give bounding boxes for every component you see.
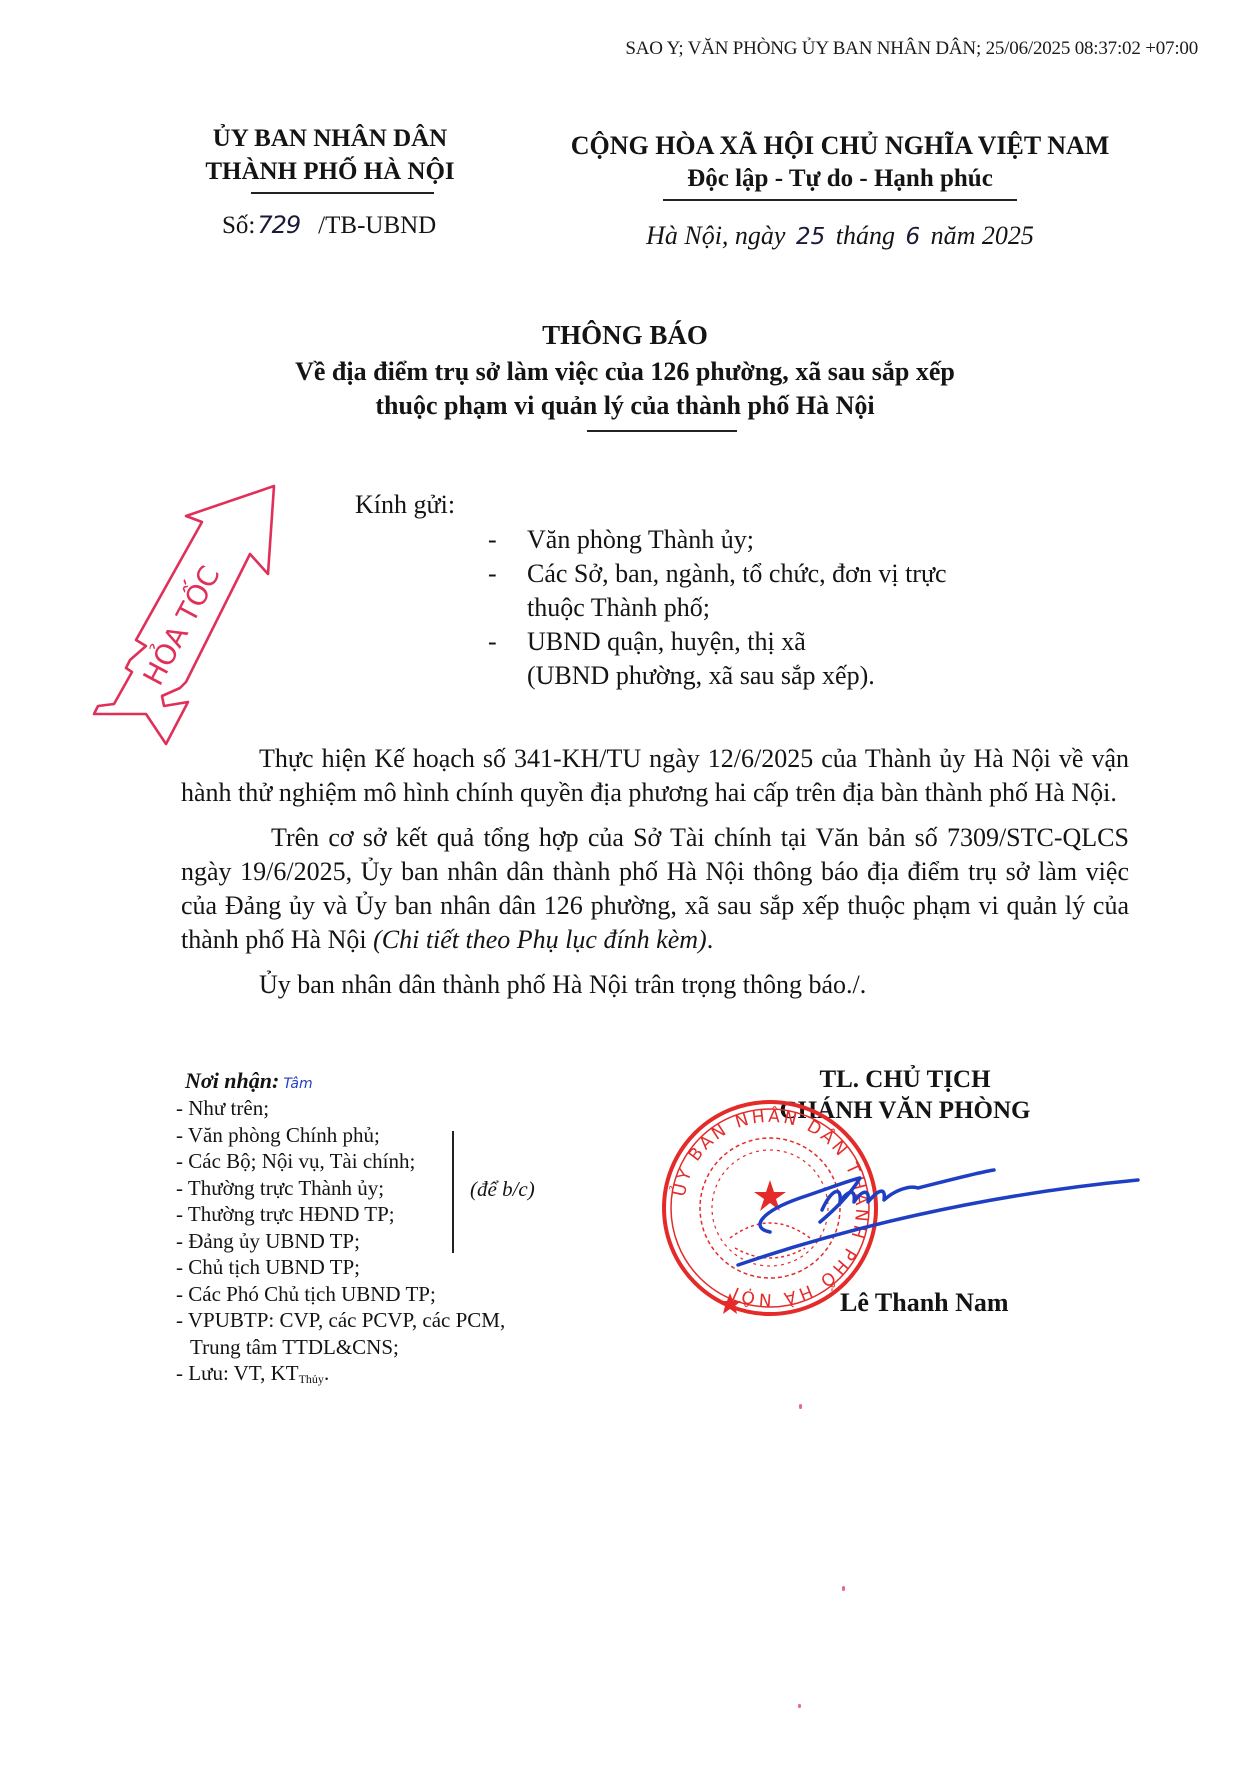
- scan-speck: [798, 1704, 801, 1708]
- recipients-heading: Nơi nhận:Tâm: [185, 1068, 313, 1094]
- addressee-text: Các Sở, ban, ngành, tổ chức, đơn vị trực…: [527, 559, 947, 622]
- addressee-text: Văn phòng Thành ủy;: [527, 525, 754, 554]
- report-note: (để b/c): [470, 1177, 535, 1202]
- org-underline: [251, 192, 434, 194]
- national-motto: Độc lập - Tự do - Hạnh phúc: [540, 162, 1140, 195]
- addressee-item: -Các Sở, ban, ngành, tổ chức, đơn vị trự…: [482, 557, 967, 625]
- subject-line-2: thuộc phạm vi quản lý của thành phố Hà N…: [0, 389, 1250, 423]
- report-bracket-line: [452, 1131, 454, 1253]
- addressee-list: -Văn phòng Thành ủy; -Các Sở, ban, ngành…: [482, 523, 967, 693]
- recipient-item: - Chủ tịch UBND TP;: [176, 1254, 505, 1281]
- signer-name: Lê Thanh Nam: [840, 1288, 1009, 1318]
- date-month-handwritten: 6: [905, 224, 920, 250]
- addressee-item: -Văn phòng Thành ủy;: [482, 523, 967, 557]
- recipient-item: - Các Phó Chủ tịch UBND TP;: [176, 1281, 505, 1308]
- org-line-1: ỦY BAN NHÂN DÂN: [180, 122, 480, 155]
- recipient-item: - VPUBTP: CVP, các PCVP, các PCM,: [176, 1307, 505, 1334]
- svg-text:HỎA TỐC: HỎA TỐC: [133, 559, 227, 691]
- recipients-title: Nơi nhận:: [185, 1068, 279, 1093]
- subject-line-1: Về địa điểm trụ sở làm việc của 126 phườ…: [0, 355, 1250, 389]
- body-paragraph-2: Trên cơ sở kết quả tổng hợp của Sở Tài c…: [181, 821, 1129, 957]
- motto-underline: [663, 199, 1017, 201]
- document-date: Hà Nội, ngày 25 tháng 6 năm 2025: [540, 221, 1140, 251]
- handwritten-signature-icon: [720, 1150, 1140, 1270]
- date-prefix: Hà Nội, ngày: [646, 221, 785, 250]
- document-number: Số:729/TB-UBND: [222, 211, 436, 240]
- storage-text: - Lưu: VT, KT: [176, 1361, 299, 1385]
- copy-certification-line: SAO Y; VĂN PHÒNG ỦY BAN NHÂN DÂN; 25/06/…: [0, 38, 1198, 60]
- list-dash: -: [488, 557, 497, 591]
- body-closing: Ủy ban nhân dân thành phố Hà Nội trân tr…: [181, 968, 1129, 1002]
- recipient-item: Trung tâm TTDL&CNS;: [176, 1334, 505, 1361]
- recipient-item: - Thường trực Thành ủy;: [176, 1175, 505, 1202]
- signer-role-line-1: TL. CHỦ TỊCH: [740, 1064, 1070, 1095]
- date-month-label: tháng: [836, 221, 895, 250]
- recipient-item: - Văn phòng Chính phủ;: [176, 1122, 505, 1149]
- recipient-item-storage: - Lưu: VT, KTThủy.: [176, 1360, 505, 1393]
- paragraph-2-end: .: [707, 925, 714, 954]
- recipient-item: - Đảng ủy UBND TP;: [176, 1228, 505, 1255]
- scan-speck: [842, 1586, 845, 1591]
- national-title: CỘNG HÒA XÃ HỘI CHỦ NGHĨA VIỆT NAM Độc l…: [540, 129, 1140, 195]
- salutation-label: Kính gửi:: [355, 490, 455, 520]
- recipient-item: - Các Bộ; Nội vụ, Tài chính;: [176, 1148, 505, 1175]
- recipient-item: - Như trên;: [176, 1095, 505, 1122]
- document-type-heading: THÔNG BÁO: [0, 320, 1250, 351]
- addressee-item: -UBND quận, huyện, thị xã (UBND phường, …: [482, 625, 887, 693]
- document-number-handwritten: 729: [257, 211, 300, 239]
- clerk-initials-signature: Tâm: [283, 1076, 312, 1092]
- date-day-handwritten: 25: [796, 224, 825, 250]
- list-dash: -: [488, 625, 497, 659]
- list-dash: -: [488, 523, 497, 557]
- recipients-list: - Như trên; - Văn phòng Chính phủ; - Các…: [176, 1095, 505, 1393]
- date-year: năm 2025: [931, 221, 1034, 250]
- document-number-suffix: /TB-UBND: [318, 212, 436, 239]
- subject-underline: [587, 430, 737, 432]
- body-paragraph-1: Thực hiện Kế hoạch số 341-KH/TU ngày 12/…: [181, 742, 1129, 810]
- document-number-prefix: Số:: [222, 212, 255, 239]
- storage-clerk: Thủy: [299, 1372, 324, 1386]
- document-subject: Về địa điểm trụ sở làm việc của 126 phườ…: [0, 355, 1250, 423]
- document-body: Thực hiện Kế hoạch số 341-KH/TU ngày 12/…: [181, 742, 1129, 1013]
- scan-speck: [799, 1404, 802, 1409]
- recipient-item: - Thường trực HĐND TP;: [176, 1201, 505, 1228]
- addressee-text: UBND quận, huyện, thị xã (UBND phường, x…: [527, 627, 875, 690]
- nation-name: CỘNG HÒA XÃ HỘI CHỦ NGHĨA VIỆT NAM: [540, 129, 1140, 162]
- storage-end: .: [324, 1361, 329, 1385]
- urgent-stamp-arrow-icon: HỎA TỐC: [92, 482, 282, 752]
- org-line-2: THÀNH PHỐ HÀ NỘI: [180, 155, 480, 188]
- paragraph-2-attachment-note: (Chi tiết theo Phụ lục đính kèm): [373, 925, 707, 954]
- issuing-organization: ỦY BAN NHÂN DÂN THÀNH PHỐ HÀ NỘI: [180, 122, 480, 188]
